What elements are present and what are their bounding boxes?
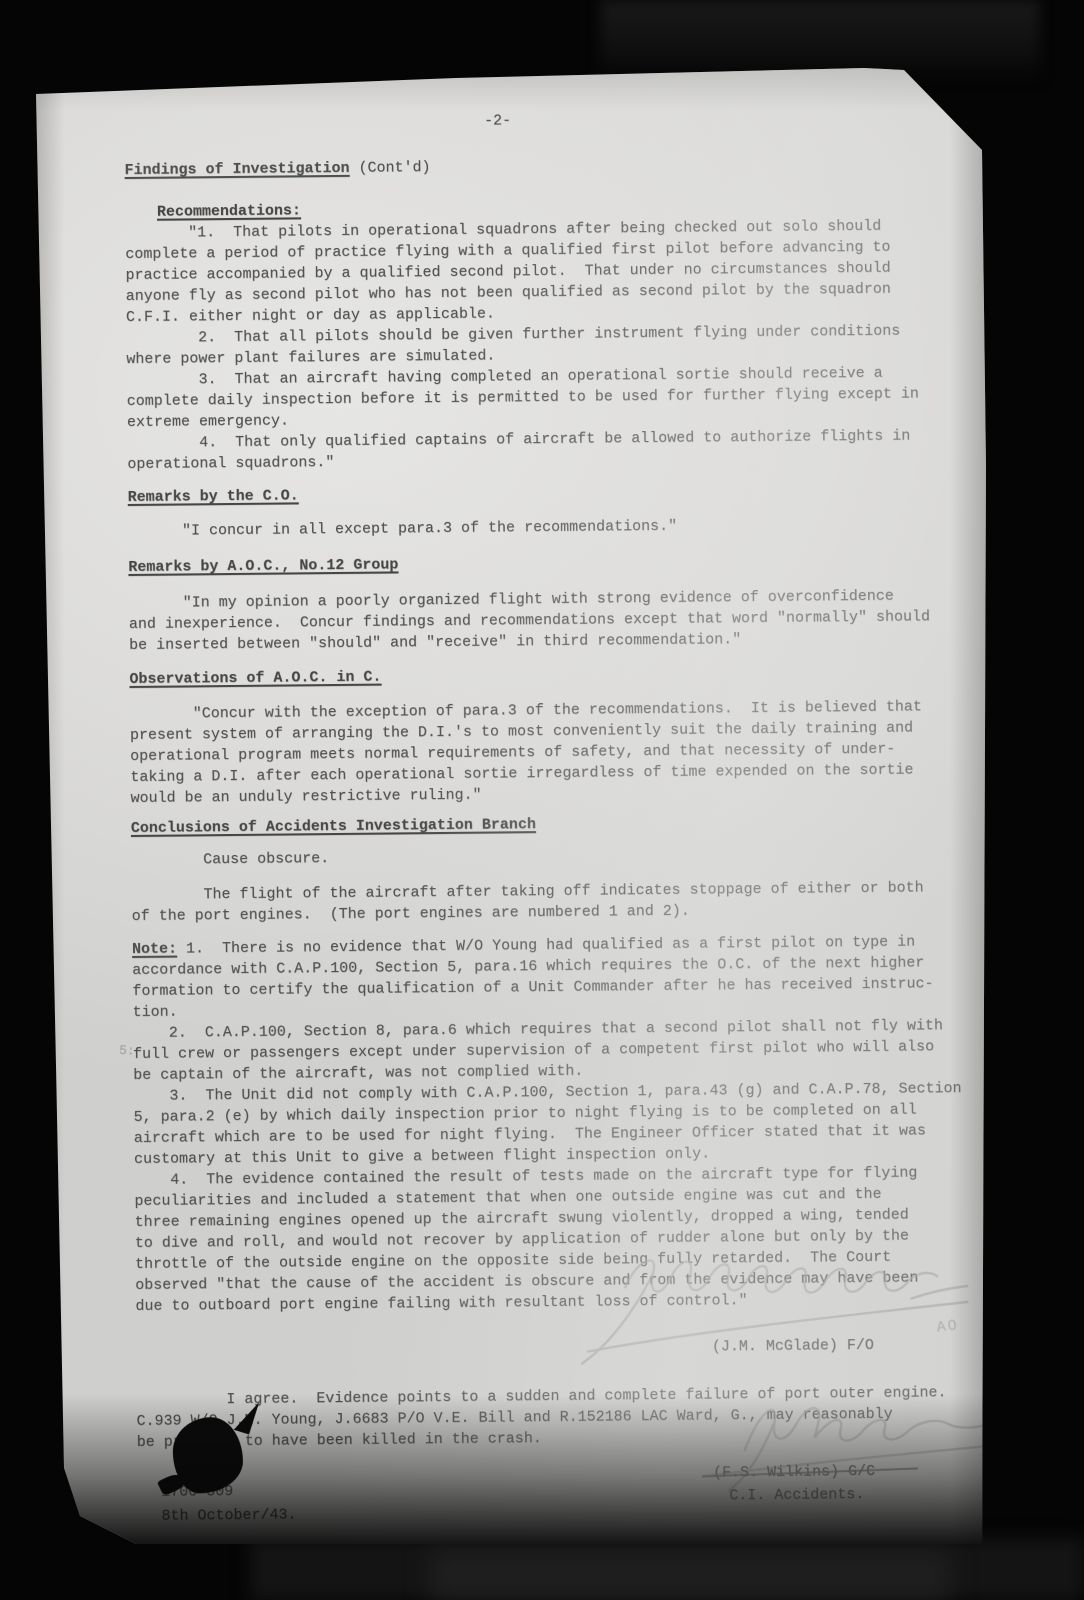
margin-annotation: 5:	[118, 1040, 135, 1062]
document-title: Findings of Investigation (Cont'd)	[124, 152, 1008, 181]
observations-paragraph: "Concur with the exception of para.3 of …	[130, 695, 1015, 808]
document-page: -2- Findings of Investigation (Cont'd) R…	[36, 66, 988, 1544]
heading-remarks-aoc: Remarks by A.O.C., No.12 Group	[128, 548, 1012, 577]
signatory-title-ci-accidents: C.I. Accidents.	[729, 1484, 864, 1506]
note-label: Note:	[132, 941, 177, 958]
pencil-annotation-ao: AO	[936, 1315, 960, 1338]
film-shade-bottom-light	[430, 1550, 950, 1600]
heading-conclusions: Conclusions of Accidents Investigation B…	[131, 809, 1015, 838]
title-underlined: Findings of Investigation	[124, 160, 349, 179]
title-suffix: (Cont'd)	[349, 159, 430, 177]
signatory-name-mcglade: (J.M. McGlade) F/O	[712, 1335, 874, 1358]
film-shade-bottom	[250, 1538, 1084, 1600]
document-text: -2- Findings of Investigation (Cont'd) R…	[124, 106, 1021, 1453]
cause-line: Cause obscure.	[131, 841, 1015, 870]
page-number: -2-	[484, 106, 1008, 132]
heading-remarks-co: Remarks by the C.O.	[128, 478, 1012, 507]
conclusions-paragraph: The flight of the aircraft after taking …	[131, 876, 1015, 926]
remarks-aoc-paragraph: "In my opinion a poorly organized flight…	[129, 584, 1014, 655]
signature-mcglade	[567, 1226, 989, 1390]
heading-observations: Observations of A.O.C. in C.	[129, 660, 1013, 689]
microfilm-background: -2- Findings of Investigation (Cont'd) R…	[0, 0, 1084, 1600]
recommendations-paragraphs: "1. That pilots in operational squadrons…	[125, 215, 1011, 475]
film-shade-top	[600, 0, 1040, 78]
remarks-co-paragraph: "I concur in all except para.3 of the re…	[128, 512, 1012, 541]
document-date: 8th October/43.	[161, 1504, 296, 1526]
text-line: "I concur in all except para.3 of the re…	[128, 512, 1012, 541]
